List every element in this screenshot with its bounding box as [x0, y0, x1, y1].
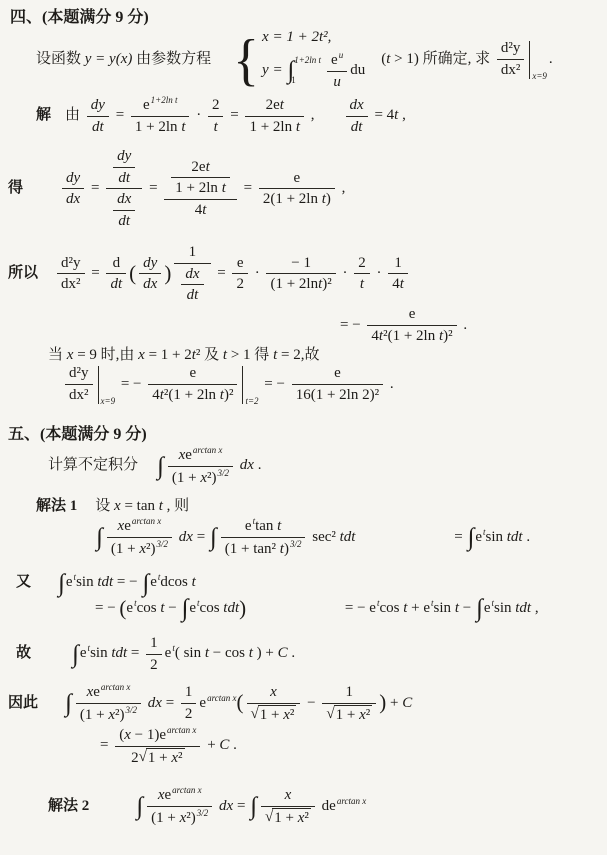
numerator: 1 — [388, 254, 408, 274]
parts-math: ∫etsin tdt = − ∫etdcos t — [57, 574, 196, 590]
denominator: dxdt — [106, 188, 142, 231]
method1-parts-line: 又∫etsin tdt = − ∫etdcos t — [16, 571, 607, 596]
math-text: = — [214, 265, 230, 281]
numerator: (x − 1)earctan x — [115, 725, 200, 746]
denominator: dt — [346, 116, 368, 137]
math-text: dt — [92, 119, 104, 135]
math-text: cos — [200, 600, 224, 616]
math-text: )² — [224, 387, 234, 403]
math-text: t — [277, 518, 281, 534]
math-text: = − — [261, 376, 289, 392]
conclusion-math: ∫xearctan x(1 + x²)3/2 dx = 12earctan x(… — [64, 695, 412, 711]
math-text: = tan — [121, 498, 159, 514]
evaluation: x=9 — [98, 366, 116, 404]
numerator: dx — [113, 190, 135, 210]
denominator: 2 — [146, 654, 162, 675]
math-text: dx — [175, 529, 193, 545]
problem4-substitution-text: 当 x = 9 时,由 x = 1 + 2t² 及 t > 1 得 t = 2,… — [48, 347, 319, 363]
math-text: ²) — [115, 707, 125, 723]
math-text: t — [214, 119, 218, 135]
math-text: · — [192, 107, 205, 123]
math-text: C — [402, 695, 412, 711]
math-text: ²) — [186, 810, 196, 826]
math-text: )² — [443, 328, 453, 344]
square-root: √1 + x² — [139, 748, 185, 768]
math-text: 2e — [266, 97, 280, 113]
math-text: e — [484, 600, 491, 616]
numerator: dy — [87, 96, 109, 116]
numerator: d²y — [497, 39, 525, 59]
integral: ∫ — [96, 525, 103, 550]
math-text: = — [112, 107, 128, 123]
math-text: 1 — [346, 684, 354, 700]
fraction: e4t²(1 + 2ln t)² — [367, 305, 456, 346]
math-text: t — [202, 202, 206, 218]
math-text: dy — [66, 170, 80, 186]
math-text: x — [108, 707, 115, 723]
math-text: dx² — [69, 387, 89, 403]
math-text: dt — [187, 287, 199, 303]
fraction: ddt — [106, 254, 126, 295]
numerator: xearctan x — [107, 516, 172, 537]
numerator: 2 — [208, 96, 224, 116]
math-text: 设 — [95, 498, 114, 514]
integral: ∫ — [72, 642, 79, 667]
numerator: 2et — [171, 158, 230, 178]
math-text: dx — [215, 798, 233, 814]
fraction: dydt — [113, 147, 135, 188]
fraction: 2et1 + 2ln t — [171, 158, 230, 199]
fraction: 2et1 + 2ln t4t — [164, 158, 237, 220]
fraction: 2t — [354, 254, 370, 295]
fraction: dydx — [62, 169, 84, 210]
math-text: 2 — [185, 706, 193, 722]
denominator: dx — [62, 188, 84, 209]
math-text: 4 — [392, 276, 400, 292]
math-text: ² 及 — [196, 347, 223, 363]
fraction: 14t — [388, 254, 408, 295]
math-text: sin — [76, 574, 97, 590]
numerator: ettan t — [221, 516, 306, 537]
math-text: (1 + 2ln — [270, 276, 318, 292]
math-text: tdt — [223, 600, 239, 616]
denominator: √1 + x² — [322, 703, 376, 725]
math-text: . — [460, 317, 468, 333]
math-text: = 1 + 2 — [145, 347, 192, 363]
fraction: dxdt — [346, 96, 368, 137]
math-text: (1 + — [172, 470, 200, 486]
square-root: √1 + x² — [265, 808, 311, 828]
math-text: 1 — [189, 244, 197, 260]
evaluation: x=9 — [529, 41, 547, 79]
denominator: dt — [113, 167, 135, 188]
denominator: dxdt — [174, 263, 210, 306]
fraction: e4t²(1 + 2ln t)² — [148, 364, 237, 405]
denominator: (1 + x²)3/2 — [76, 703, 141, 725]
superscript: arctan x — [132, 516, 161, 526]
square-root: √1 + x² — [251, 705, 297, 725]
second-derivative-math: d²ydx² = ddt(dydx)1dxdt = e2 · − 1(1 + 2… — [54, 265, 411, 281]
integral: ∫1+2ln t1 — [287, 56, 323, 85]
math-text: = — [100, 737, 112, 753]
math-text: 4 — [152, 387, 160, 403]
math-text: = − — [340, 317, 364, 333]
integral: ∫ — [476, 596, 483, 621]
numerator: x — [261, 786, 315, 806]
denominator: 16(1 + 2ln 2)² — [292, 384, 383, 405]
evaluation: t=2 — [242, 366, 258, 404]
lower-limit: 1 — [291, 76, 321, 85]
superscript: 3/2 — [126, 705, 138, 715]
superscript: 3/2 — [197, 808, 209, 818]
integral-sign: ∫ — [58, 571, 65, 596]
numerator: 2et1 + 2ln t — [164, 158, 237, 200]
sin-integral-math: ∫etsin tdt = 12et( sin t − cos t ) + C . — [71, 645, 295, 661]
denominator: dt — [181, 284, 203, 305]
math-text: 2 — [131, 750, 139, 766]
got-label: 得 — [8, 180, 23, 196]
math-text: = — [162, 695, 178, 711]
numerator: 2 — [354, 254, 370, 274]
math-text: = — [454, 529, 466, 545]
math-text: e — [126, 600, 133, 616]
yc-label: 因此 — [8, 695, 38, 711]
math-text: . — [523, 529, 531, 545]
fraction: 12 — [181, 683, 197, 724]
evaluation-subscript: x=9 — [532, 71, 547, 82]
math-text: e — [185, 447, 192, 463]
denominator: dx² — [497, 59, 525, 80]
math-text: sin — [90, 645, 111, 661]
denominator: (1 + x²)3/2 — [147, 806, 212, 828]
math-text: e — [409, 306, 416, 322]
problem4-dydx-line: 得dydx = dydtdxdt = 2et1 + 2ln t4t = e2(1… — [8, 147, 607, 231]
denominator: 1 + 2ln t — [245, 116, 304, 137]
math-text: ²(1 + 2ln — [164, 387, 220, 403]
so-label: 所以 — [8, 265, 38, 281]
evaluation-bar — [242, 366, 243, 404]
math-text: tdt — [111, 645, 127, 661]
integral: ∫ — [250, 794, 257, 819]
evaluation-bar — [98, 366, 99, 404]
math-text: 1 + — [148, 750, 171, 766]
integral-sign: ∫ — [476, 596, 483, 621]
radicand: 1 + x² — [258, 705, 297, 725]
math-text: t — [280, 97, 284, 113]
math-text: sin — [494, 600, 515, 616]
math-text: = − e — [345, 600, 376, 616]
superscript: u — [339, 50, 344, 60]
math-text: 1 — [394, 255, 402, 271]
denominator: 2 — [232, 273, 248, 294]
math-text: ² — [304, 810, 309, 826]
big-paren: ) — [239, 595, 246, 621]
math-text: , 则 — [163, 498, 189, 514]
integral-sign: ∫ — [72, 642, 79, 667]
math-text: tdt — [97, 574, 113, 590]
fraction: dxdt — [113, 190, 135, 231]
math-text: x — [283, 707, 290, 723]
problem4-second-derivative-line: 所以d²ydx² = ddt(dydx)1dxdt = e2 · − 1(1 +… — [8, 243, 607, 305]
fraction: 2et1 + 2ln t — [245, 96, 304, 137]
math-text: e — [93, 684, 100, 700]
superscript: arctan x — [207, 693, 236, 703]
problem5-statement: 计算不定积分∫xearctan x(1 + x²)3/2 dx . — [48, 457, 261, 473]
math-text: = − — [95, 600, 119, 616]
math-text: 计算不定积分 — [48, 457, 138, 473]
method2-label: 解法 2 — [48, 798, 89, 814]
evaluation-subscript: x=9 — [101, 396, 116, 407]
math-text: C — [278, 645, 288, 661]
big-paren: ) — [379, 689, 386, 715]
radicand: 1 + x² — [334, 705, 373, 725]
integral: ∫ — [467, 525, 474, 550]
fraction: euu — [327, 50, 347, 92]
math-text: 2 — [212, 97, 220, 113]
system-brace: { — [233, 31, 259, 88]
numerator: d — [106, 254, 126, 274]
math-text: − 1)e — [131, 727, 166, 743]
math-text: , — [531, 600, 539, 616]
denominator: (1 + x²)3/2 — [107, 537, 172, 559]
fraction: dydt — [87, 96, 109, 137]
math-text: 1 + — [336, 707, 359, 723]
math-text: ² — [366, 707, 371, 723]
math-text: sin — [434, 600, 455, 616]
math-text: 2(1 + 2ln — [263, 191, 322, 207]
integral: ∫ — [136, 794, 143, 819]
method1-label: 解法 1 — [36, 498, 77, 514]
numerator: 2et — [245, 96, 304, 116]
math-text: 4 — [371, 328, 379, 344]
math-text: tan — [255, 518, 277, 534]
math-text: + — [386, 695, 402, 711]
problem4-heading-text: 四、(本题满分 9 分) — [10, 9, 149, 26]
math-text: d²y — [61, 255, 81, 271]
math-text: = — [233, 798, 249, 814]
math-text: ) — [284, 541, 289, 557]
math-text: . — [254, 457, 262, 473]
denominator: u — [327, 71, 347, 92]
math-text: ( sin — [175, 645, 205, 661]
math-text: 由 — [65, 107, 84, 123]
math-text: · — [251, 265, 264, 281]
math-text: x — [200, 470, 207, 486]
fraction: e16(1 + 2ln 2)² — [292, 364, 383, 405]
math-text: 2 — [358, 255, 366, 271]
math-text: dx — [185, 266, 199, 282]
integral-sign: ∫ — [136, 794, 143, 819]
numerator: dx — [181, 265, 203, 285]
numerator: − 1 — [266, 254, 335, 274]
math-text: − — [165, 600, 181, 616]
math-text: 1 + 2ln — [249, 119, 295, 135]
denominator: 1 + 2ln t — [171, 177, 230, 198]
fraction: − 1(1 + 2lnt)² — [266, 254, 335, 295]
numerator: dy — [62, 169, 84, 189]
numerator: xearctan x — [168, 445, 233, 466]
fraction: ettan t(1 + tan² t)3/2 — [221, 516, 306, 559]
math-text: dx — [143, 276, 157, 292]
big-paren: ) — [164, 260, 171, 286]
integral-sign: ∫ — [467, 525, 474, 550]
integral-sign: ∫ — [96, 525, 103, 550]
superscript: arctan x — [193, 445, 222, 455]
problem5-heading: 五、(本题满分 9 分) — [8, 425, 607, 445]
evaluation-bar — [529, 41, 530, 79]
math-text: , — [338, 180, 346, 196]
integral-sign: ∫ — [65, 691, 72, 716]
math-text: x — [138, 347, 145, 363]
math-text: e — [143, 97, 150, 113]
denominator: 2 — [181, 703, 197, 724]
math-text: 由参数方程 — [132, 51, 211, 67]
math-text: x — [359, 707, 366, 723]
denominator: 4t²(1 + 2ln t)² — [367, 325, 456, 346]
math-text: e — [475, 529, 482, 545]
math-text: e — [66, 574, 73, 590]
method1-sin-integral-result: 故∫etsin tdt = 12et( sin t − cos t ) + C … — [16, 634, 607, 675]
big-paren: ( — [119, 595, 126, 621]
math-text: = 9 时,由 — [73, 347, 138, 363]
math-text: e — [334, 365, 341, 381]
math-text: ²) — [207, 470, 217, 486]
math-text: 设函数 — [36, 51, 85, 67]
math-text: x — [270, 684, 277, 700]
denominator: dx² — [57, 273, 85, 294]
math-text: > 1) 所确定, 求 — [390, 51, 493, 67]
math-text: e — [150, 574, 157, 590]
denominator: √1 + x² — [247, 703, 301, 725]
math-text: 1 — [150, 635, 158, 651]
fraction: x√1 + x² — [247, 683, 301, 725]
denominator: dt — [113, 210, 135, 231]
math-text: t — [206, 159, 210, 175]
fraction: d²ydx² — [57, 254, 85, 295]
math-text: = 2,故 — [277, 347, 319, 363]
math-text: , — [307, 107, 315, 123]
math-text: . — [229, 737, 237, 753]
math-text: + e — [407, 600, 430, 616]
numerator: e1+2ln t — [131, 95, 190, 116]
math-text: dx — [236, 457, 254, 473]
math-text: e — [165, 645, 172, 661]
math-text: du — [350, 62, 365, 78]
math-text: t — [360, 276, 364, 292]
math-text: e — [331, 52, 338, 68]
numerator: dydt — [106, 147, 142, 189]
math-text: = 4 — [371, 107, 394, 123]
math-text: sin — [486, 529, 507, 545]
equation-system: {x = 1 + 2t²,y = ∫1+2ln t1euudu — [233, 28, 365, 91]
denominator: dx² — [65, 384, 93, 405]
integral-limits: 1+2ln t1 — [294, 56, 321, 85]
math-text: , — [398, 107, 406, 123]
math-text: dx — [66, 191, 80, 207]
math-text: d²y — [501, 40, 521, 56]
numerator: e — [292, 364, 383, 384]
denominator: dx — [139, 273, 161, 294]
superscript: 1+2ln t — [151, 95, 178, 105]
math-text: 16(1 + 2ln 2)² — [296, 387, 379, 403]
integral: ∫ — [65, 691, 72, 716]
math-text: e — [199, 695, 206, 711]
system-row: y = ∫1+2ln t1euudu — [262, 50, 365, 92]
math-text: t — [296, 119, 300, 135]
superscript: 3/2 — [157, 539, 169, 549]
integral-sign: ∫ — [250, 794, 257, 819]
math-text: . — [386, 376, 394, 392]
sqrt-sign: √ — [251, 705, 259, 724]
math-text: e — [80, 645, 87, 661]
math-text: dt — [118, 170, 130, 186]
math-text: = — [145, 180, 161, 196]
big-paren: ( — [237, 689, 244, 715]
math-text: t — [192, 574, 196, 590]
math-text: − cos — [209, 645, 249, 661]
fraction: (x − 1)earctan x2√1 + x² — [115, 725, 200, 768]
fraction: e2(1 + 2ln t) — [259, 169, 335, 210]
integral-sign: ∫ — [157, 454, 164, 479]
math-text: dcos — [160, 574, 191, 590]
math-text: dy — [143, 255, 157, 271]
math-text: e — [237, 255, 244, 271]
denominator: (1 + 2lnt)² — [266, 273, 335, 294]
math-text: e — [124, 518, 131, 534]
fraction: d²ydx² — [497, 39, 525, 80]
superscript: arctan x — [101, 682, 130, 692]
math-text: − 1 — [291, 255, 311, 271]
math-text: 1 + 2ln — [135, 119, 181, 135]
method1-setup-math: 设 x = tan t , 则 — [95, 498, 189, 514]
math-text: dx² — [501, 62, 521, 78]
fraction: e1+2ln t1 + 2ln t — [131, 95, 190, 137]
math-text: (1 + tan² — [225, 541, 280, 557]
numerator: e — [259, 169, 335, 189]
denominator: 2(1 + 2ln t) — [259, 188, 335, 209]
superscript: arctan x — [172, 785, 201, 795]
math-text: = — [193, 529, 209, 545]
integral-sign: ∫ — [142, 571, 149, 596]
denominator: (1 + tan² t)3/2 — [221, 537, 306, 559]
math-text: dx — [117, 191, 131, 207]
integral: ∫ — [142, 571, 149, 596]
problem4-solve-line: 解由 dydt = e1+2ln t1 + 2ln t · 2t = 2et1 … — [36, 95, 607, 137]
math-text: · — [339, 265, 352, 281]
numerator: dy — [139, 254, 161, 274]
fraction: 2t — [208, 96, 224, 137]
fraction: 1dxdt — [174, 243, 210, 305]
system-rows: x = 1 + 2t²,y = ∫1+2ln t1euudu — [262, 28, 365, 91]
denominator: √1 + x² — [261, 806, 315, 828]
math-text: )² — [322, 276, 332, 292]
fraction: xearctan x(1 + x²)3/2 — [107, 516, 172, 559]
method1-reduced-integral: = ∫etsin tdt . — [454, 529, 530, 545]
math-text: x — [124, 727, 131, 743]
problem4-final-answer: d²ydx²x=9 = − e4t²(1 + 2ln t)²t=2 = − e1… — [62, 376, 394, 392]
math-text: − — [459, 600, 475, 616]
sqrt-sign: √ — [139, 748, 147, 767]
upper-limit: 1+2ln t — [294, 56, 321, 65]
superscript: arctan x — [167, 725, 196, 735]
math-text: . — [288, 645, 296, 661]
math-text: − — [303, 695, 319, 711]
fraction: e2 — [232, 254, 248, 295]
fraction: 1√1 + x² — [322, 683, 376, 725]
denominator: (1 + x²)3/2 — [168, 466, 233, 488]
scanned-page: 四、(本题满分 9 分) 设函数 y = y(x) 由参数方程{x = 1 + … — [0, 0, 607, 855]
math-text: dy — [117, 148, 131, 164]
